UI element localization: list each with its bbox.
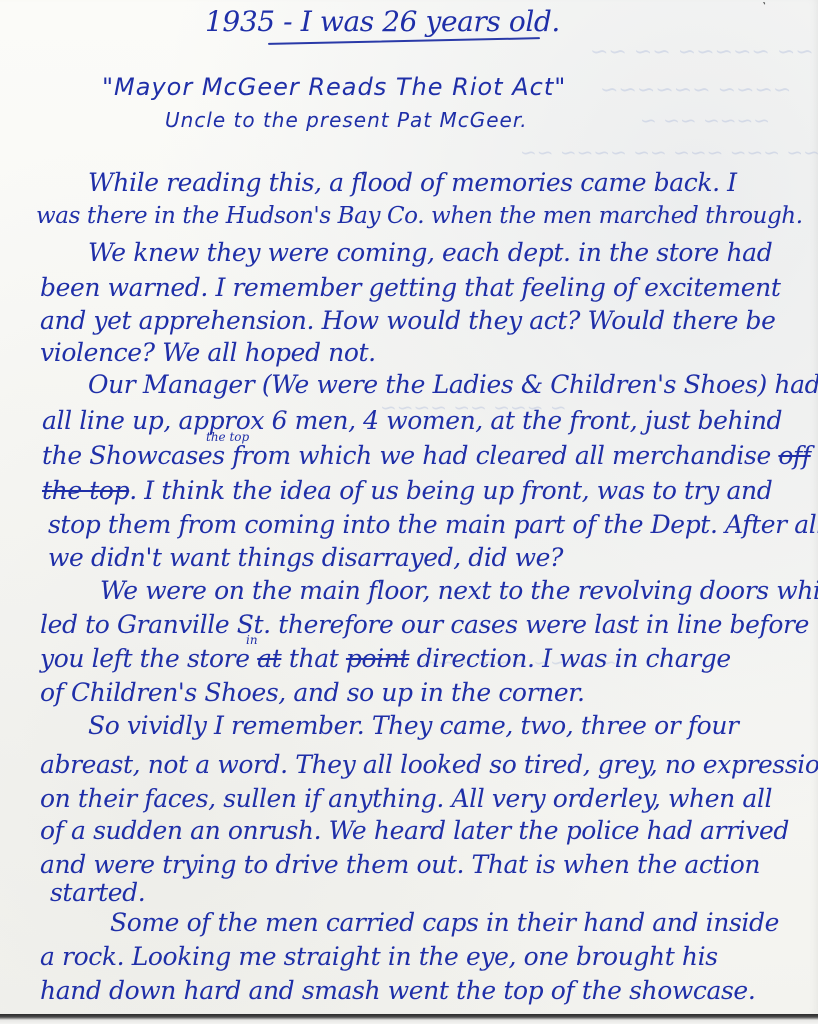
body-line: hand down hard and smash went the top of… xyxy=(40,978,755,1003)
body-line: of a sudden an onrush. We heard later th… xyxy=(40,818,789,843)
line-text: direction. I was in charge xyxy=(409,644,731,673)
body-line: the top. I think the idea of us being up… xyxy=(42,478,772,503)
body-line: We were on the main floor, next to the r… xyxy=(100,578,818,603)
body-line: started. xyxy=(50,880,145,905)
line-text: you left the store xyxy=(40,644,257,673)
body-line: led to Granville St. therefore our cases… xyxy=(40,612,809,637)
body-line: of Children's Shoes, and so up in the co… xyxy=(40,680,585,705)
corner-mark: ˺ xyxy=(762,0,776,14)
subtitle-line: Uncle to the present Pat McGeer. xyxy=(165,110,528,130)
heading-underline xyxy=(268,37,540,45)
body-line: on their faces, sullen if anything. All … xyxy=(40,786,772,811)
body-line: all line up, approx 6 men, 4 women, at t… xyxy=(42,408,782,433)
line-text: the Showcases from which we had cleared … xyxy=(42,441,778,470)
struck-text: off xyxy=(778,441,810,470)
title-line: "Mayor McGeer Reads The Riot Act" xyxy=(102,75,566,99)
bleed-through-text: ~~ ~~~~ ~~~ ~~~ ~~ ~~~~ ~~ xyxy=(520,140,818,164)
body-line: We knew they were coming, each dept. in … xyxy=(88,240,772,265)
body-line: So vividly I remember. They came, two, t… xyxy=(88,713,739,738)
body-line: Some of the men carried caps in their ha… xyxy=(110,910,779,935)
body-line: abreast, not a word. They all looked so … xyxy=(40,752,818,777)
body-line: we didn't want things disarrayed, did we… xyxy=(48,545,563,570)
body-line: violence? We all hoped not. xyxy=(40,340,376,365)
body-line: you left the store at that point directi… xyxy=(40,646,731,671)
body-line: and yet apprehension. How would they act… xyxy=(40,308,776,333)
body-line: a rock. Looking me straight in the eye, … xyxy=(40,944,718,969)
body-line: been warned. I remember getting that fee… xyxy=(40,275,780,300)
body-line: was there in the Hudson's Bay Co. when t… xyxy=(36,205,803,228)
line-text: that xyxy=(281,644,346,673)
body-line: While reading this, a flood of memories … xyxy=(88,170,737,195)
bleed-through-text: ~~~~ ~~~~~~ xyxy=(600,78,791,103)
body-line: stop them from coming into the main part… xyxy=(48,512,818,537)
date-line: 1935 - I was 26 years old. xyxy=(205,8,560,36)
line-text: . I think the idea of us being up front,… xyxy=(129,476,772,505)
bleed-through-text: ~~~~ ~~ ~ xyxy=(640,108,770,132)
body-line: Our Manager (We were the Ladies & Childr… xyxy=(88,372,818,397)
bleed-through-text: ~~~ ~~ ~~~~~ ~~ ~~ xyxy=(590,40,818,65)
page-bottom-edge xyxy=(0,1014,818,1024)
struck-text: the top xyxy=(42,476,129,505)
letter-page: ~~~ ~~ ~~~~~ ~~ ~~ ~~~~ ~~~~~~ ~~~~ ~~ ~… xyxy=(0,0,818,1014)
struck-text: point xyxy=(346,644,409,673)
body-line: the Showcases from which we had cleared … xyxy=(42,443,811,468)
body-line: and were trying to drive them out. That … xyxy=(40,852,760,877)
struck-text: at xyxy=(257,644,281,673)
